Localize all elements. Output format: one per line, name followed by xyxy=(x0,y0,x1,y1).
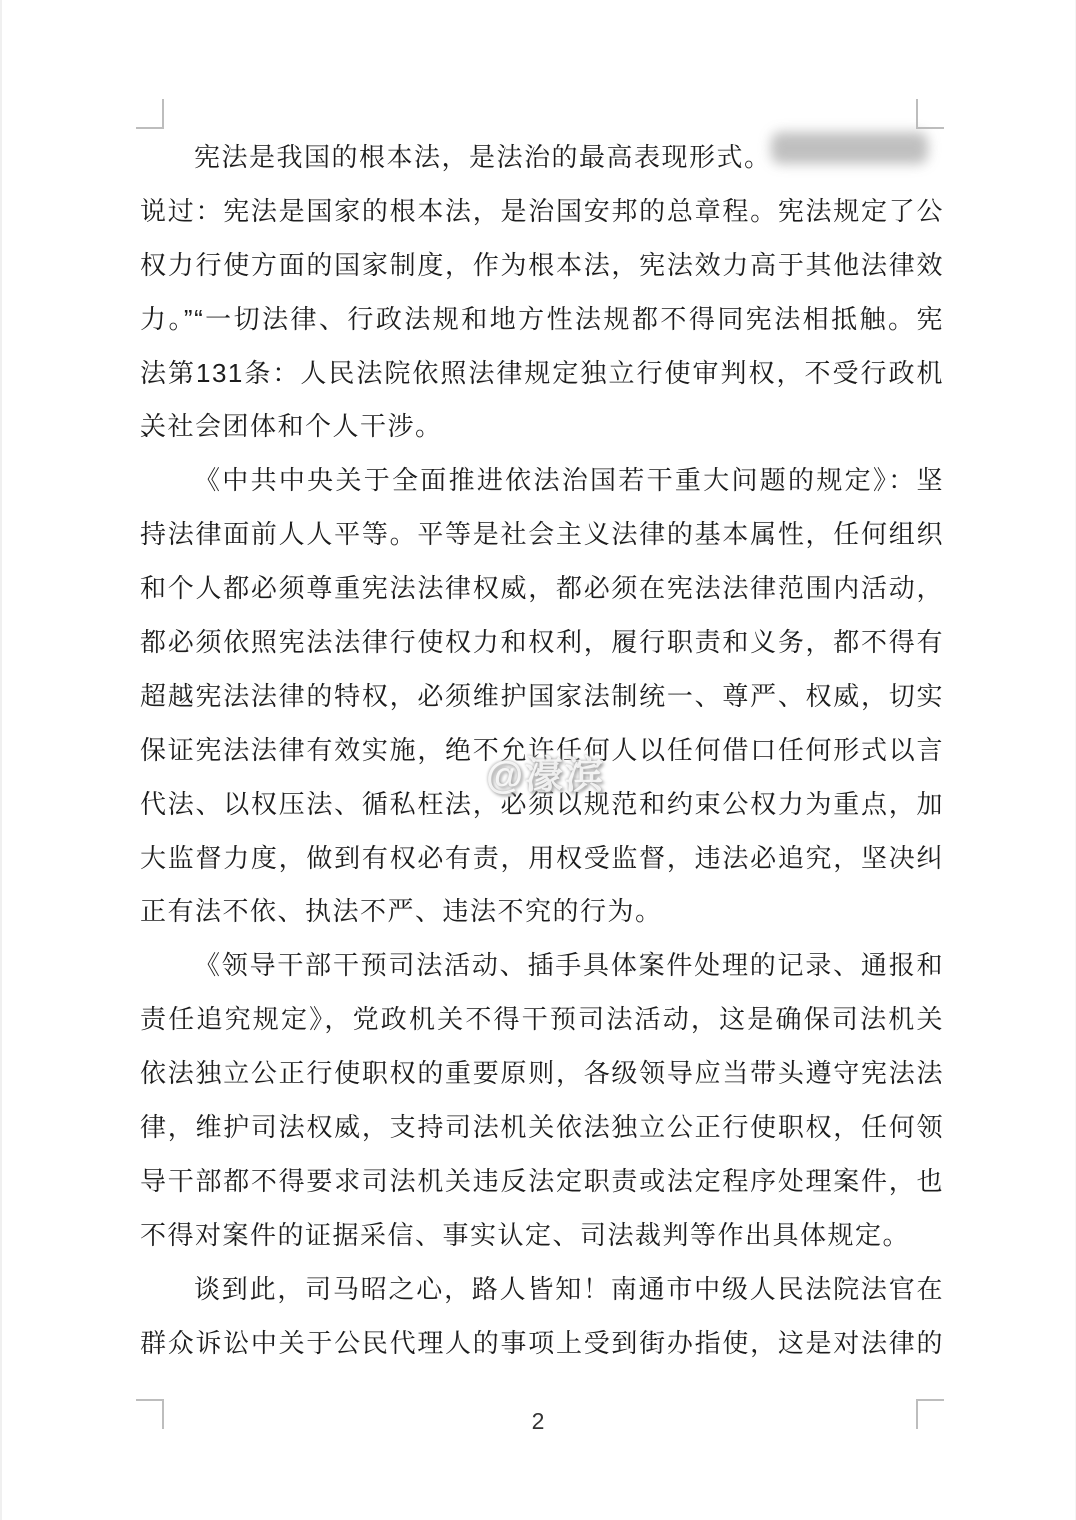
margin-crop-mark-top-left xyxy=(136,99,164,129)
text-line: 群众诉讼中关于公民代理人的事项上受到街办指使，这是对法律的 xyxy=(140,1317,944,1371)
text-line: 大监督力度，做到有权必有责，用权受监督，违法必追究，坚决纠 xyxy=(140,832,944,886)
margin-crop-mark-top-right xyxy=(916,99,944,129)
text-line: 《领导干部干预司法活动、插手具体案件处理的记录、通报和 xyxy=(140,939,944,993)
text-line: 超越宪法法律的特权，必须维护国家法制统一、尊严、权威，切实 xyxy=(140,670,944,724)
text-line: 、社会团体和个人干涉。 xyxy=(140,400,944,454)
document-body: 宪法是我国的根本法，是法治的最高表现形式。 说过：宪法是国家的根本法，是治国安邦… xyxy=(140,131,944,1370)
text-line: 责任追究规定》，党政机关不得干预司法活动，这是确保司法机关 xyxy=(140,993,944,1047)
text-line: 依法独立公正行使职权的重要原则，各级领导应当带头遵守宪法法 xyxy=(140,1047,944,1101)
text-line: 力。”“一切法律、行政法规和地方性法规都不得同宪法相抵触。宪 xyxy=(140,293,944,347)
text-line: 权力行使方面的国家制度，作为根本法，宪法效力高于其他法律效 xyxy=(140,239,944,293)
text-line: 正有法不依、执法不严、违法不究的行为。 xyxy=(140,885,944,939)
text-line: 说过：宪法是国家的根本法，是治国安邦的总章程。宪法规定了公 xyxy=(140,185,944,239)
page-number: 2 xyxy=(0,1408,1076,1435)
text-line: 保证宪法法律有效实施，绝不允许任何人以任何借口任何形式以言 xyxy=(140,724,944,778)
text-line: 代法、以权压法、循私枉法，必须以规范和约束公权力为重点，加 xyxy=(140,778,944,832)
text-line: 法第131条：人民法院依照法律规定独立行使审判权，不受行政机关 xyxy=(140,347,944,401)
text-line: 和个人都必须尊重宪法法律权威，都必须在宪法法律范围内活动， xyxy=(140,562,944,616)
text-line: 导干部都不得要求司法机关违反法定职责或法定程序处理案件，也 xyxy=(140,1155,944,1209)
document-page: 宪法是我国的根本法，是法治的最高表现形式。 说过：宪法是国家的根本法，是治国安邦… xyxy=(0,0,1076,1520)
text-line: 谈到此，司马昭之心，路人皆知！南通市中级人民法院法官在 xyxy=(140,1263,944,1317)
text-line: 不得对案件的证据采信、事实认定、司法裁判等作出具体规定。 xyxy=(140,1209,944,1263)
text-line: 《中共中央关于全面推进依法治国若干重大问题的规定》：坚 xyxy=(140,454,944,508)
redacted-text-blur xyxy=(771,132,928,164)
text-line: 都必须依照宪法法律行使权力和权利，履行职责和义务，都不得有 xyxy=(140,616,944,670)
text-line: 律，维护司法权威，支持司法机关依法独立公正行使职权，任何领 xyxy=(140,1101,944,1155)
text-line: 持法律面前人人平等。平等是社会主义法律的基本属性，任何组织 xyxy=(140,508,944,562)
